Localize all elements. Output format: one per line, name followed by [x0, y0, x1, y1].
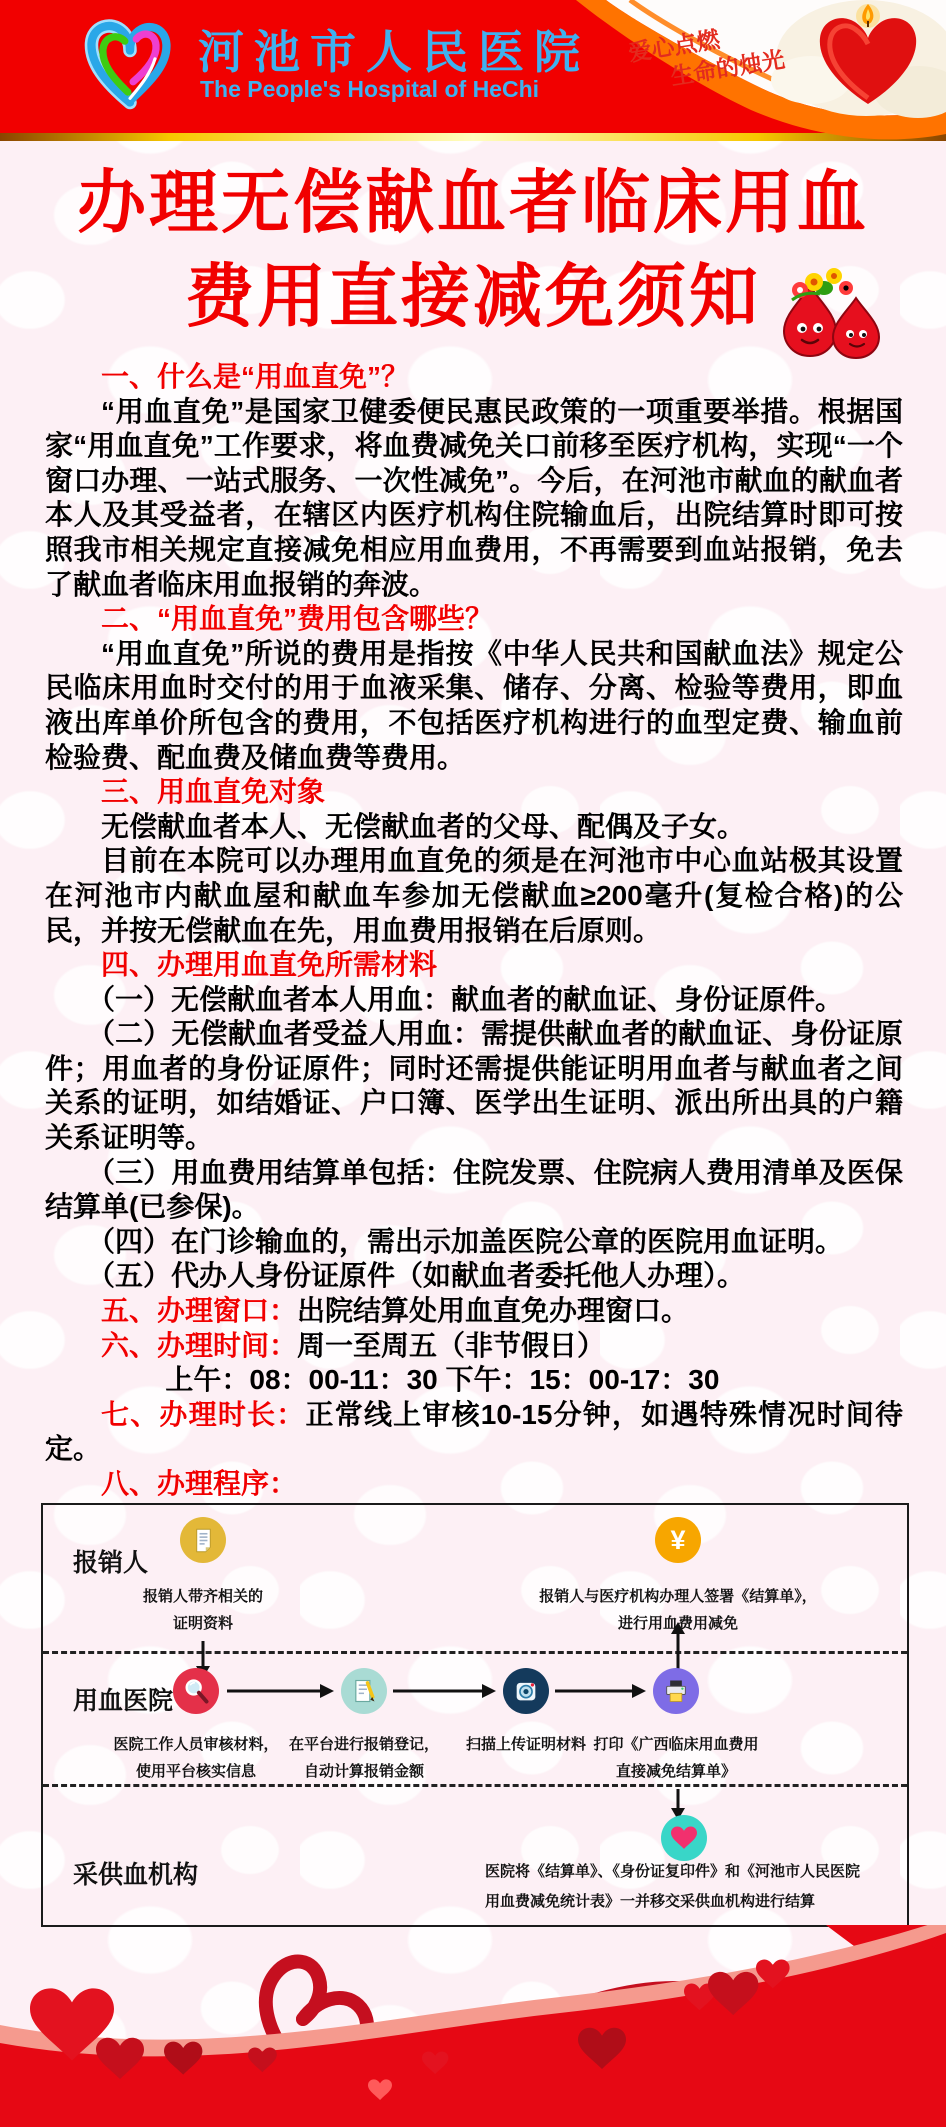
- material-item-1: （一）无偿献血者本人用血：献血者的献血证、身份证原件。: [45, 983, 903, 1018]
- caption-line: 证明资料: [63, 1610, 343, 1637]
- step-caption: 报销人带齐相关的 证明资料: [63, 1583, 343, 1637]
- section-3-paragraph-2: 目前在本院可以办理用血直免的须是在河池市中心血站极其设置在河池市内献血屋和献血车…: [45, 844, 903, 948]
- section-heading-8: 八、办理程序：: [45, 1467, 903, 1502]
- section-heading-1: 一、什么是“用血直免”？: [45, 360, 903, 395]
- caption-line: 报销人带齐相关的: [63, 1583, 343, 1610]
- caption-line: 自动计算报销金额: [234, 1758, 494, 1785]
- section-5-text: 出院结算处用血直免办理窗口。: [297, 1295, 689, 1326]
- material-item-3: （三）用血费用结算单包括：住院发票、住院病人费用清单及医保结算单(已参保)。: [45, 1156, 903, 1225]
- hospital-name-zh: 河池市人民医院: [198, 16, 590, 82]
- row-divider-1: [43, 1651, 907, 1654]
- section-heading-2: 二、“用血直免”费用包含哪些？: [45, 602, 903, 637]
- row-label-blood-agency: 采供血机构: [73, 1855, 198, 1891]
- section-6-line: 六、办理时间：周一至周五（非节假日）: [45, 1329, 903, 1364]
- hospital-heart-logo: [78, 10, 182, 116]
- step-caption: 医院将《结算单》、《身份证复印件》和《河池市人民医院 用血费减免统计表》一并移交…: [485, 1857, 905, 1917]
- material-item-4: （四）在门诊输血的，需出示加盖医院公章的医院用血证明。: [45, 1225, 903, 1260]
- section-2-paragraph: “用血直免”所说的费用是指按《中华人民共和国献血法》规定公民临床用血时交付的用于…: [45, 637, 903, 775]
- section-heading-6: 六、办理时间：: [101, 1330, 297, 1361]
- document-icon: [180, 1517, 226, 1563]
- section-heading-7: 七、办理时长：: [101, 1399, 306, 1430]
- yuan-icon: ¥: [655, 1517, 701, 1563]
- material-item-2: （二）无偿献血者受益人用血：需提供献血者的献血证、身份证原件；用血者的身份证原件…: [45, 1017, 903, 1155]
- section-7-line: 七、办理时长：正常线上审核10-15分钟，如遇特殊情况时间待定。: [45, 1398, 903, 1467]
- flower-bouquet-icon: [792, 268, 853, 300]
- caption-line: 报销人与医疗机构办理人签署《结算单》，: [483, 1583, 873, 1610]
- section-heading-5: 五、办理窗口：: [101, 1295, 297, 1326]
- material-item-5: （五）代办人身份证原件（如献血者委托他人办理）。: [45, 1259, 903, 1294]
- scanner-icon: [503, 1668, 549, 1714]
- arrow-right-icon: [227, 1679, 335, 1703]
- arrow-right-icon: [393, 1679, 497, 1703]
- caption-line: 打印《广西临床用血费用: [546, 1731, 806, 1758]
- blood-donation-notice-poster: 河池市人民医院 The People's Hospital of HeChi: [0, 0, 946, 2127]
- section-heading-4: 四、办理用血直免所需材料: [45, 948, 903, 983]
- caption-line: 直接减免结算单》: [546, 1758, 806, 1785]
- arrow-up-icon: [666, 1621, 690, 1669]
- title-line1: 办理无偿献血者临床用血: [0, 156, 946, 250]
- row-label-hospital: 用血医院: [73, 1681, 173, 1717]
- step-caption: 打印《广西临床用血费用 直接减免结算单》: [546, 1731, 806, 1785]
- office-hours: 上午：08：00-11：30 下午：15：00-17：30: [45, 1363, 903, 1398]
- section-5-line: 五、办理窗口：出院结算处用血直免办理窗口。: [45, 1294, 903, 1329]
- footer-ribbon-art: [0, 1925, 946, 2127]
- header-banner: 河池市人民医院 The People's Hospital of HeChi: [0, 0, 946, 133]
- section-1-paragraph: “用血直免”是国家卫健委便民惠民政策的一项重要举措。根据国家“用血直免”工作要求…: [45, 395, 903, 603]
- row-label-reimburser: 报销人: [73, 1543, 148, 1579]
- section-heading-3: 三、用血直免对象: [45, 775, 903, 810]
- section-3-paragraph-1: 无偿献血者本人、无偿献血者的父母、配偶及子女。: [45, 810, 903, 845]
- arrow-right-icon: [555, 1679, 647, 1703]
- notice-body: 一、什么是“用血直免”？ “用血直免”是国家卫健委便民惠民政策的一项重要举措。根…: [45, 360, 903, 1502]
- section-6-text: 周一至周五（非节假日）: [297, 1330, 605, 1361]
- process-flowchart: 报销人 用血医院 采供血机构 ¥ 报销人带齐相关的 证明资料 报销人与医疗机构办…: [41, 1503, 909, 1927]
- caption-line: 用血费减免统计表》一并移交采供血机构进行结算: [485, 1887, 905, 1917]
- printer-icon: [653, 1668, 699, 1714]
- blood-drop-mascot: [772, 266, 892, 360]
- heart-icon: [661, 1815, 707, 1861]
- magnifier-icon: [173, 1668, 219, 1714]
- yuan-glyph: ¥: [670, 1527, 685, 1554]
- hospital-name-en: The People's Hospital of HeChi: [200, 76, 539, 103]
- register-icon: [341, 1668, 387, 1714]
- caption-line: 医院将《结算单》、《身份证复印件》和《河池市人民医院: [485, 1857, 905, 1887]
